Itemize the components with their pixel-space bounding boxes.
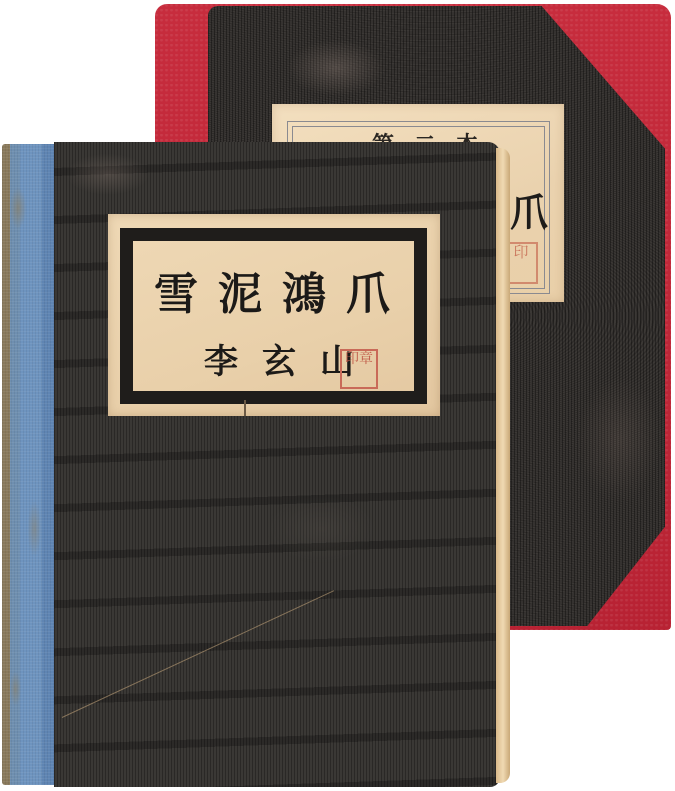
front-notebook-spine <box>2 144 56 785</box>
front-label-title: 雪泥鴻爪 <box>154 258 410 322</box>
back-label-title-partial: 爪 <box>510 182 548 237</box>
front-notebook-page-edge <box>496 148 510 783</box>
label-tear <box>244 400 246 416</box>
front-notebook-label: 雪泥鴻爪 李玄山 印章 <box>108 214 440 416</box>
front-seal-stamp: 印章 <box>340 349 378 389</box>
